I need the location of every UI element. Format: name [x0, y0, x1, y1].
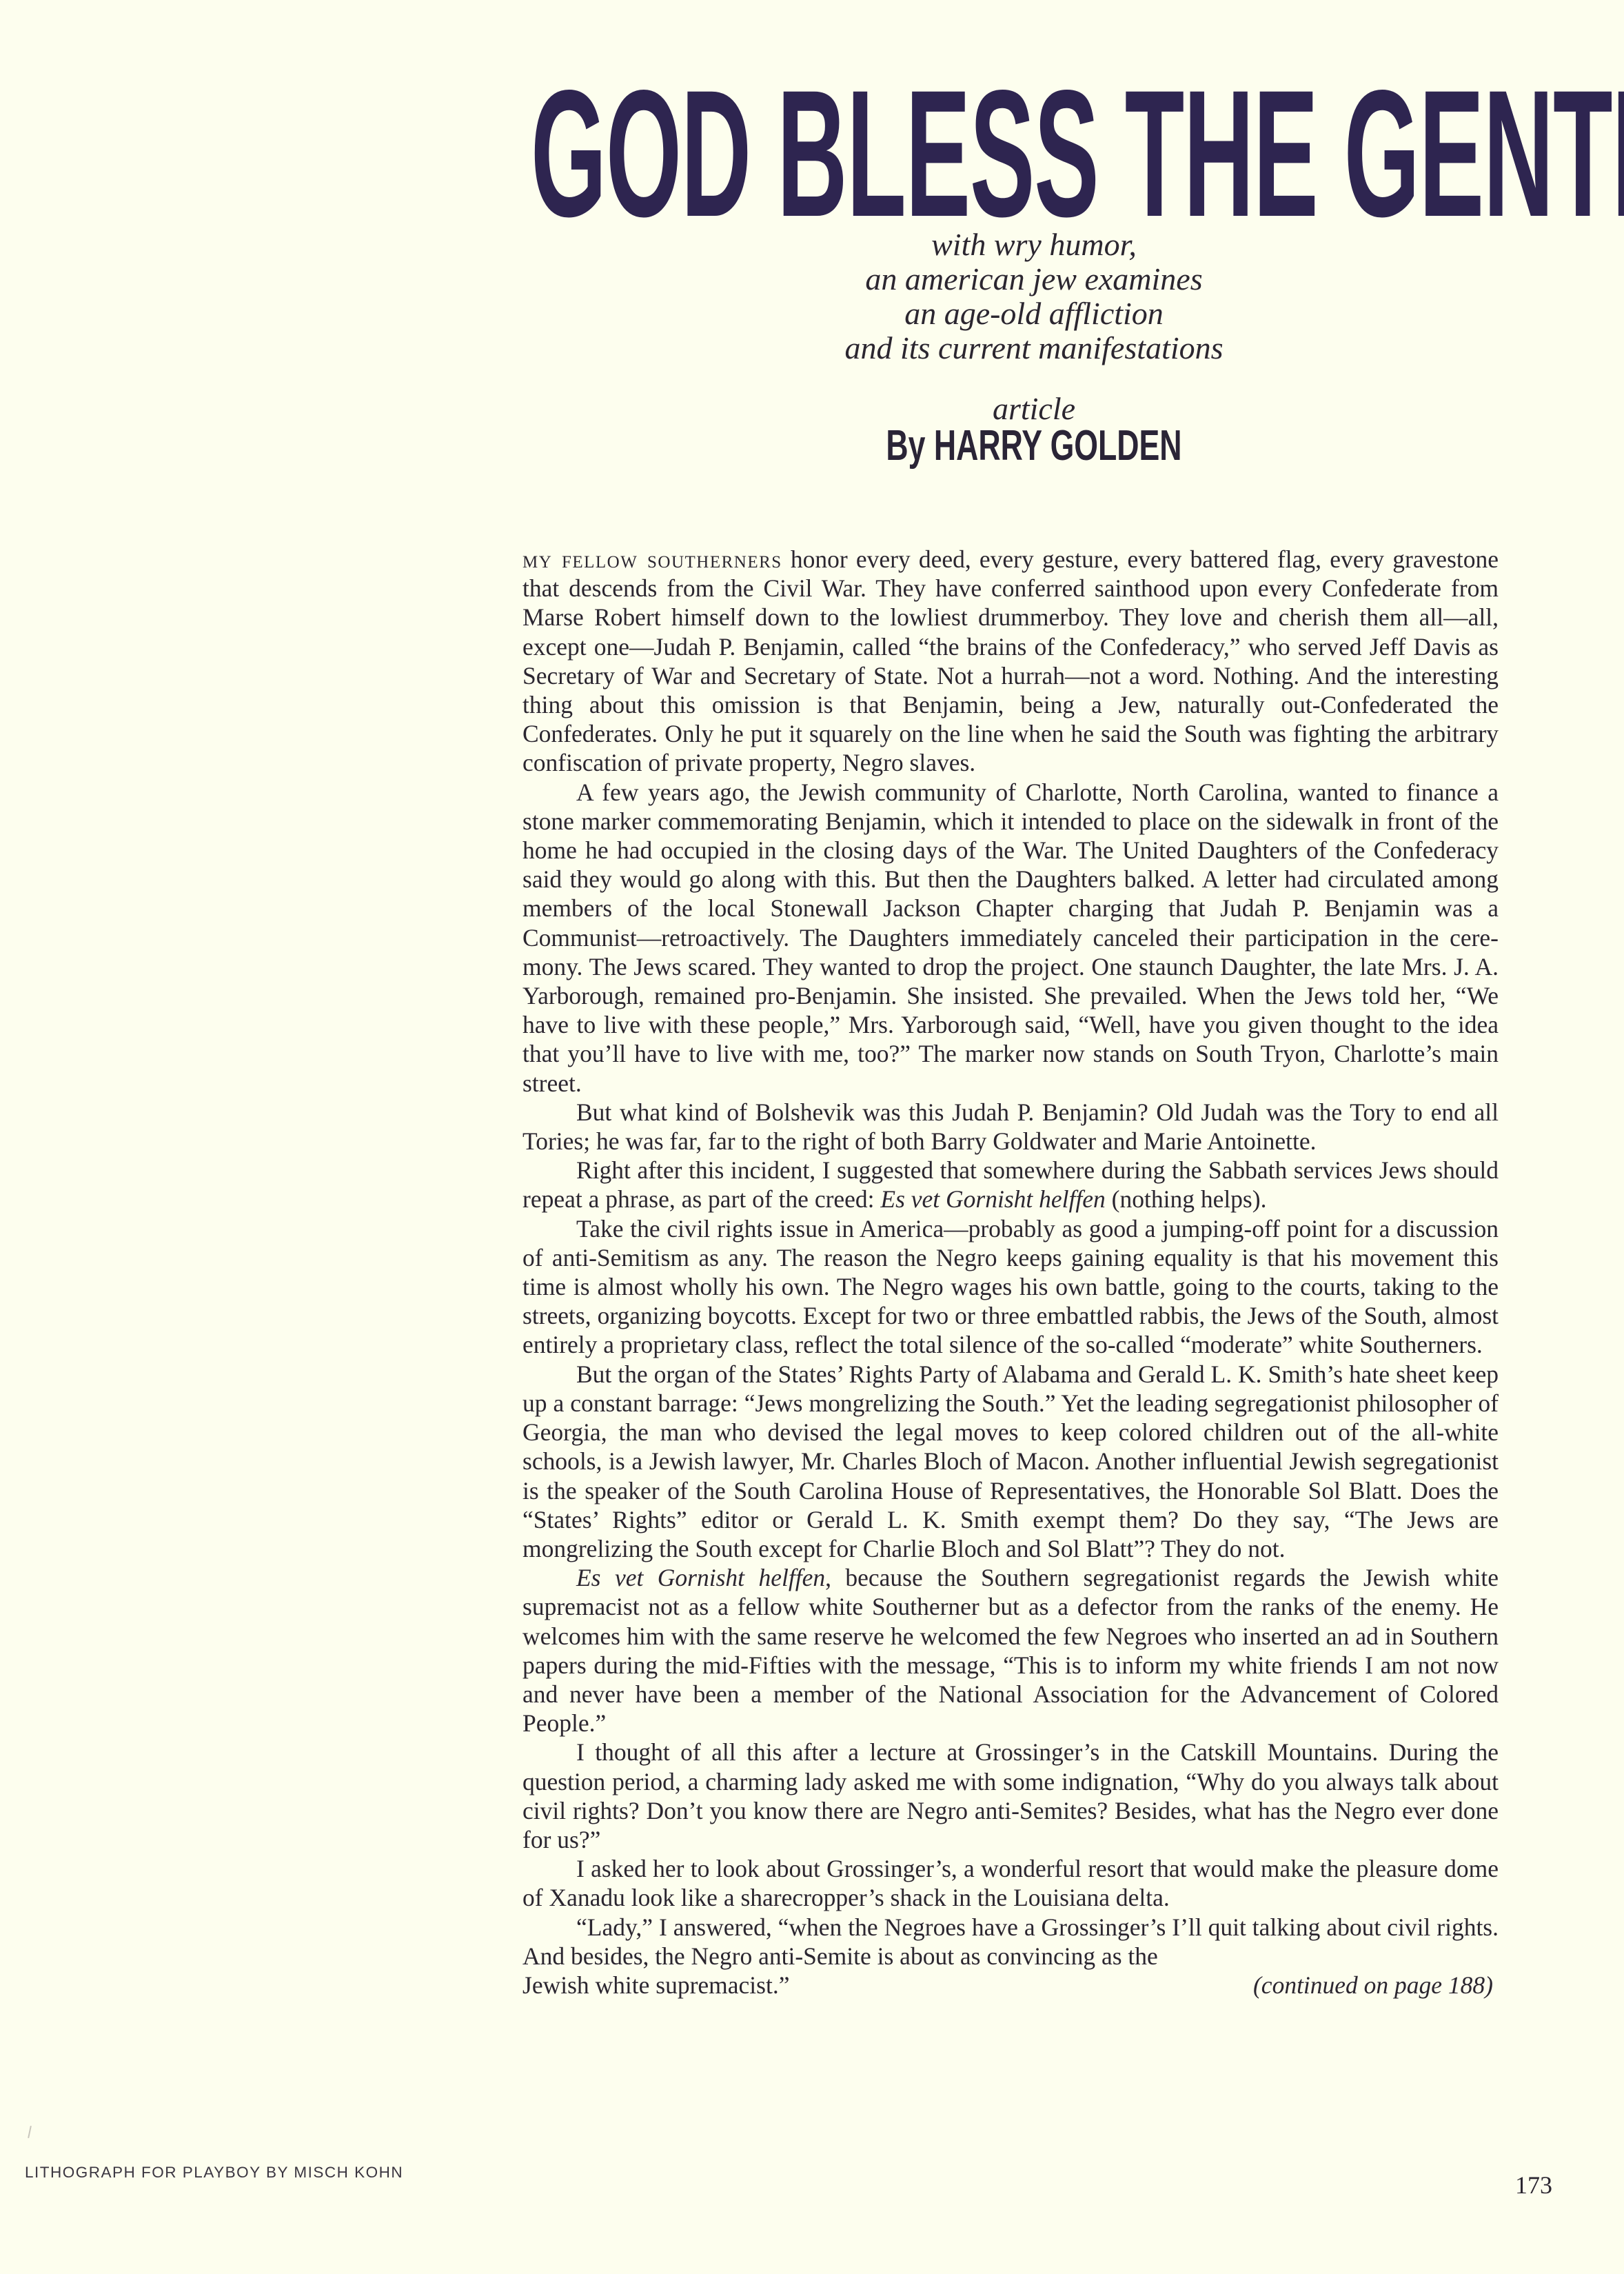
paragraph: A few years ago, the Jewish community of…: [522, 778, 1499, 1098]
article-body: MY FELLOW SOUTHERNERS honor every deed, …: [522, 545, 1499, 2000]
article-dek: with wry humor, an american jew examines…: [689, 228, 1379, 365]
yiddish-phrase: Es vet Gornisht helffen: [880, 1185, 1105, 1213]
article-headline: GOD BLESS THE GENTILE: [531, 81, 1059, 226]
paragraph: I thought of all this after a lecture at…: [522, 1738, 1499, 1854]
paragraph: Right after this incident, I suggested t…: [522, 1156, 1499, 1214]
paragraph-text: But what kind of Bolshevik was this Juda…: [522, 1098, 1499, 1155]
paragraph: But what kind of Bolshevik was this Juda…: [522, 1098, 1499, 1156]
magazine-page: GOD BLESS THE GENTILE with wry humor, an…: [0, 0, 1624, 2274]
paragraph-text: “Lady,” I answered, “when the Negroes ha…: [522, 1913, 1499, 1970]
continued-note: (continued on page 188): [1253, 1971, 1493, 2000]
yiddish-phrase: Es vet Gornisht helffen: [576, 1564, 825, 1591]
paragraph: Es vet Gornisht helffen, because the Sou…: [522, 1563, 1499, 1738]
paragraph-text: honor every deed, every gesture, every b…: [522, 545, 1499, 776]
lead-in-smallcaps: MY FELLOW SOUTHERNERS: [522, 545, 782, 573]
illustration-credit: LITHOGRAPH FOR PLAYBOY BY MISCH KOHN: [25, 2164, 403, 2182]
paragraph: MY FELLOW SOUTHERNERS honor every deed, …: [522, 545, 1499, 778]
paragraph-text: I thought of all this after a lecture at…: [522, 1738, 1499, 1853]
dek-line: with wry humor,: [689, 228, 1379, 262]
paragraph-text: But the organ of the States’ Rights Part…: [522, 1360, 1499, 1562]
paragraph: Take the civil rights issue in America—p…: [522, 1214, 1499, 1360]
paragraph: But the organ of the States’ Rights Part…: [522, 1360, 1499, 1563]
dek-line: and its current manifestations: [689, 331, 1379, 365]
paragraph: I asked her to look about Grossinger’s, …: [522, 1854, 1499, 1912]
paragraph-text: (nothing helps).: [1106, 1185, 1267, 1213]
paragraph: “Lady,” I answered, “when the Negroes ha…: [522, 1913, 1499, 1971]
page-number: 173: [1515, 2171, 1552, 2200]
paragraph-text: I asked her to look about Grossinger’s, …: [522, 1855, 1499, 1911]
article-byline: By HARRY GOLDEN: [886, 422, 1181, 470]
paragraph-text: Jewish white supremacist.”: [522, 1971, 789, 2000]
article-kicker: article: [827, 392, 1241, 426]
print-speck-mark: [28, 2126, 32, 2138]
dek-line: an age-old affliction: [689, 296, 1379, 331]
paragraph-text: Take the civil rights issue in America—p…: [522, 1215, 1499, 1359]
dek-line: an american jew examines: [689, 262, 1379, 296]
paragraph-text: A few years ago, the Jewish community of…: [522, 778, 1499, 1097]
final-line: Jewish white supremacist.” (continued on…: [522, 1971, 1499, 2000]
byline-container: By HARRY GOLDEN: [793, 422, 1275, 470]
